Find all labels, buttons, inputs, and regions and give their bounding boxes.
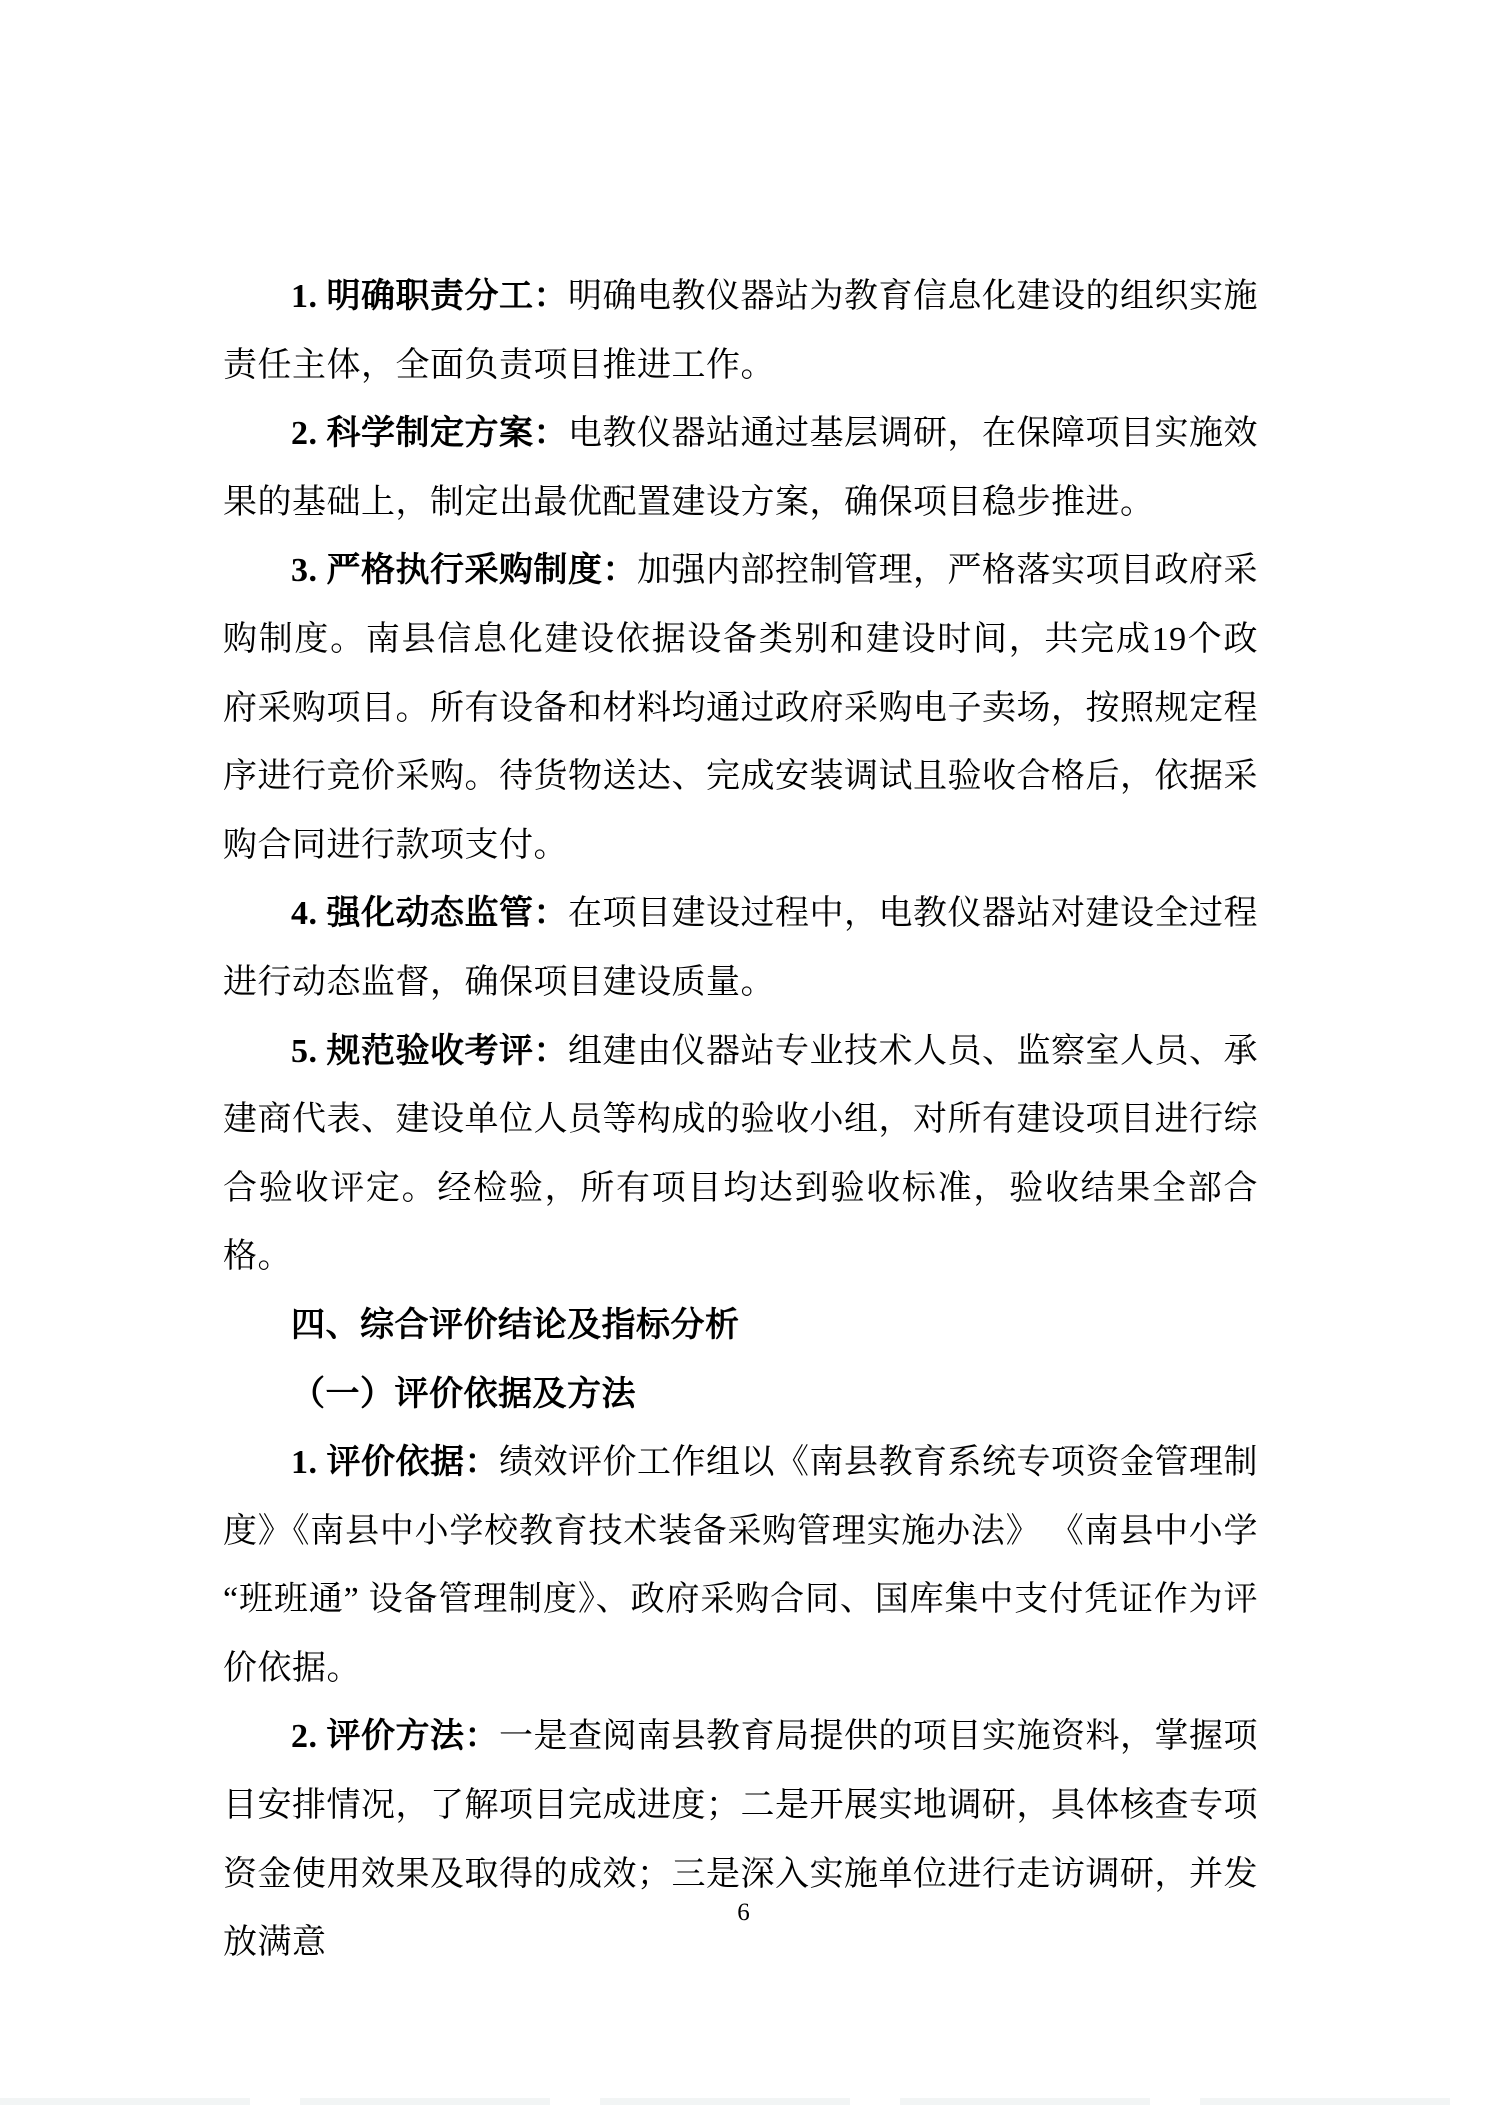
- paragraph-responsibility: 1. 明确职责分工：明确电教仪器站为教育信息化建设的组织实施责任主体，全面负责项…: [223, 263, 1258, 400]
- paragraph-acceptance: 5. 规范验收考评：组建由仪器站专业技术人员、监察室人员、承建商代表、建设单位人…: [223, 1018, 1258, 1292]
- paragraph-procurement-body: 加强内部控制管理，严格落实项目政府采购制度。南县信息化建设依据设备类别和建设时间…: [223, 552, 1258, 863]
- paragraph-plan: 2. 科学制定方案：电教仪器站通过基层调研，在保障项目实施效果的基础上，制定出最…: [223, 400, 1258, 537]
- paragraph-evaluation-basis-lead: 1. 评价依据：: [291, 1444, 499, 1481]
- paragraph-responsibility-lead: 1. 明确职责分工：: [291, 278, 568, 315]
- page-number: 6: [0, 1898, 1487, 1928]
- paragraph-plan-lead: 2. 科学制定方案：: [291, 415, 568, 452]
- paragraph-acceptance-lead: 5. 规范验收考评：: [291, 1033, 568, 1070]
- subsection-heading: （一）评价依据及方法: [223, 1361, 1258, 1430]
- section-heading: 四、综合评价结论及指标分析: [223, 1292, 1258, 1361]
- page-bottom-scan-artifact: [0, 2098, 1487, 2105]
- paragraph-procurement-lead: 3. 严格执行采购制度：: [291, 552, 637, 589]
- paragraph-supervision-lead: 4. 强化动态监管：: [291, 895, 568, 932]
- paragraph-supervision: 4. 强化动态监管：在项目建设过程中，电教仪器站对建设全过程进行动态监督，确保项…: [223, 880, 1258, 1017]
- document-page: 1. 明确职责分工：明确电教仪器站为教育信息化建设的组织实施责任主体，全面负责项…: [0, 0, 1487, 2105]
- page-content: 1. 明确职责分工：明确电教仪器站为教育信息化建设的组织实施责任主体，全面负责项…: [223, 263, 1258, 1978]
- paragraph-evaluation-method: 2. 评价方法：一是查阅南县教育局提供的项目实施资料，掌握项目安排情况，了解项目…: [223, 1703, 1258, 1977]
- paragraph-evaluation-basis: 1. 评价依据：绩效评价工作组以《南县教育系统专项资金管理制度》《南县中小学校教…: [223, 1429, 1258, 1703]
- paragraph-evaluation-method-lead: 2. 评价方法：: [291, 1718, 499, 1755]
- paragraph-procurement: 3. 严格执行采购制度：加强内部控制管理，严格落实项目政府采购制度。南县信息化建…: [223, 537, 1258, 880]
